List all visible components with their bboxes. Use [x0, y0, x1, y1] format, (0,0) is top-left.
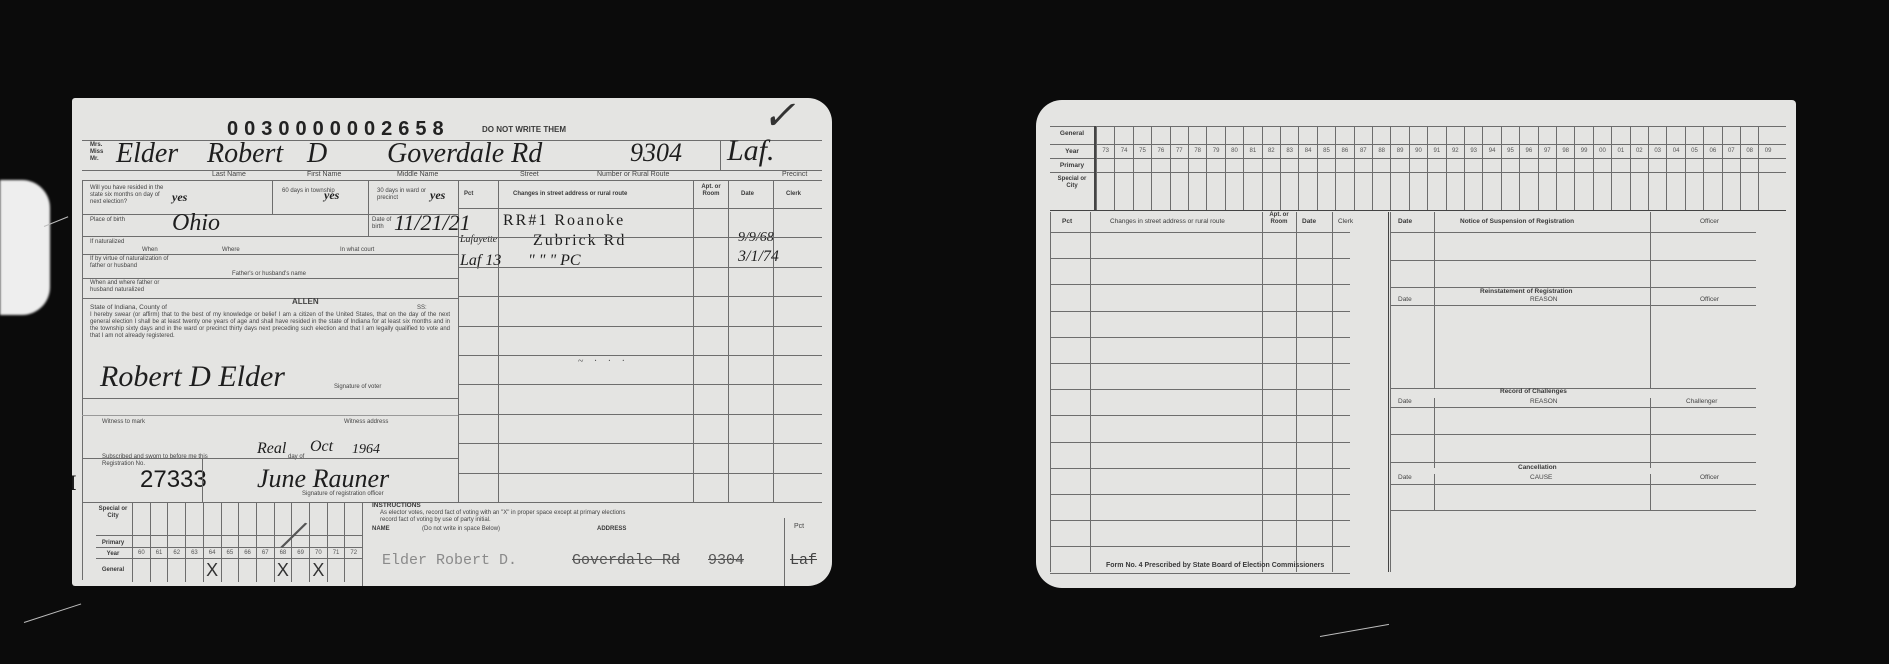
- first-name: Robert: [207, 138, 283, 170]
- year-cell: 80: [1226, 148, 1243, 154]
- table-row-divider: [458, 414, 822, 415]
- grid-column-divider: [221, 502, 222, 582]
- grid-column-divider: [1188, 126, 1189, 210]
- check-mark: ✓: [762, 98, 796, 139]
- table-row-divider: [1050, 363, 1350, 364]
- year-cell: 70: [310, 550, 327, 556]
- table-row-divider: [1050, 494, 1350, 495]
- col-header-changes: Changes in street address or rural route: [513, 190, 627, 198]
- grid-column-divider: [1170, 126, 1171, 210]
- grid-column-divider: [1519, 126, 1520, 210]
- challenges-date-label: Date: [1398, 398, 1412, 406]
- year-cell: 96: [1520, 148, 1537, 154]
- label-place-of-birth: Place of birth: [90, 217, 130, 224]
- middle-name: D: [307, 138, 327, 170]
- subscribed-month: Oct: [310, 438, 333, 456]
- label-officer-signature: Signature of registration officer: [302, 490, 384, 498]
- year-cell: 90: [1410, 148, 1427, 154]
- scan-artifact-blob: [0, 180, 50, 315]
- table-row-divider: [1050, 389, 1350, 390]
- form-footer: Form No. 4 Prescribed by State Board of …: [1106, 562, 1324, 570]
- year-cell: 85: [1318, 148, 1335, 154]
- reinstatement-date-label: Date: [1398, 296, 1412, 304]
- year-cell: 61: [151, 550, 168, 556]
- label-county: State of Indiana, County of: [90, 304, 167, 312]
- year-cell: 00: [1594, 148, 1611, 154]
- date-row-3: 3/1/74: [738, 248, 779, 266]
- general-vote-mark: X: [275, 560, 292, 581]
- col-header-date: Date: [741, 190, 754, 198]
- grid-column-divider: [1593, 126, 1594, 210]
- row-label-primary: Primary: [96, 539, 130, 547]
- col-header-clerk: Clerk: [1338, 218, 1353, 226]
- label-name: NAME: [372, 525, 390, 533]
- challenges-reason-label: REASON: [1530, 398, 1557, 406]
- grid-column-divider: [1243, 126, 1244, 210]
- year-cell: 98: [1557, 148, 1574, 154]
- a-ward: yes: [430, 188, 445, 203]
- grid-column-divider: [1427, 126, 1428, 210]
- faded-marks: ~ · · ·: [578, 356, 668, 366]
- grid-column-divider: [1317, 126, 1318, 210]
- table-row-divider: [1050, 468, 1350, 469]
- grid-column-divider: [132, 502, 133, 582]
- label-number: Number or Rural Route: [597, 171, 669, 179]
- registration-number: 27333: [140, 466, 207, 494]
- year-cell: 87: [1355, 148, 1372, 154]
- label-pct-bottom: Pct: [794, 523, 804, 531]
- col-header-pct: Pct: [1062, 218, 1072, 226]
- table-row-divider: [458, 237, 822, 238]
- label-registration-no: Registration No.: [102, 460, 145, 468]
- year-cell: 83: [1281, 148, 1298, 154]
- table-row-divider: [1050, 573, 1350, 574]
- col-header-clerk: Clerk: [786, 190, 801, 198]
- year-cell: 09: [1759, 148, 1776, 154]
- voter-registration-card-front: 0030000002658 DO NOT WRITE THEM Mrs. Mis…: [72, 98, 832, 586]
- year-cell: 01: [1612, 148, 1629, 154]
- year-cell: 76: [1152, 148, 1169, 154]
- suspension-date-label: Date: [1398, 218, 1412, 226]
- label-witness-address: Witness address: [344, 418, 388, 426]
- table-row-divider: [1050, 442, 1350, 443]
- grid-column-divider: [1446, 126, 1447, 210]
- year-cell: 60: [133, 550, 150, 556]
- cancellation-date-label: Date: [1398, 474, 1412, 482]
- row-label-general: General: [96, 566, 130, 574]
- challenges-title: Record of Challenges: [1500, 388, 1567, 396]
- grid-column-divider: [1409, 126, 1410, 210]
- year-cell: 84: [1299, 148, 1316, 154]
- label-street: Street: [520, 171, 539, 179]
- row-label-primary: Primary: [1052, 162, 1092, 170]
- year-cell: 71: [328, 550, 345, 556]
- typed-street: Goverdale Rd: [572, 552, 680, 569]
- table-row-divider: [458, 326, 822, 327]
- place-of-birth: Ohio: [172, 210, 220, 237]
- grid-column-divider: [1666, 126, 1667, 210]
- grid-column-divider: [327, 502, 328, 582]
- year-cell: 97: [1539, 148, 1556, 154]
- general-vote-mark: X: [204, 560, 221, 581]
- grid-column-divider: [1335, 126, 1336, 210]
- grid-column-divider: [167, 502, 168, 582]
- scan-scratch: [24, 603, 81, 622]
- title-prefix: Mrs. Miss Mr.: [90, 142, 103, 163]
- year-cell: 62: [168, 550, 185, 556]
- change-row-2: Zubrick Rd: [533, 232, 626, 250]
- year-cell: 05: [1686, 148, 1703, 154]
- year-cell: 72: [345, 550, 362, 556]
- year-cell: 89: [1391, 148, 1408, 154]
- ss-label: SS:: [417, 304, 427, 312]
- grid-column-divider: [1722, 126, 1723, 210]
- table-row-divider: [1050, 284, 1350, 285]
- subscribed-year: 1964: [352, 442, 380, 458]
- year-cell: 78: [1189, 148, 1206, 154]
- grid-column-divider: [1740, 126, 1741, 210]
- grid-column-divider: [1685, 126, 1686, 210]
- label-court: In what court: [340, 246, 374, 254]
- table-row-divider: [1050, 520, 1350, 521]
- cancellation-officer-label: Officer: [1700, 474, 1719, 482]
- year-cell: 08: [1741, 148, 1758, 154]
- cancellation-cause-label: CAUSE: [1530, 474, 1552, 482]
- year-cell: 66: [239, 550, 256, 556]
- grid-column-divider: [150, 502, 151, 582]
- cancellation-title: Cancellation: [1518, 464, 1557, 472]
- table-row-divider: [458, 267, 822, 268]
- house-number: 9304: [630, 138, 682, 168]
- year-cell: 04: [1667, 148, 1684, 154]
- grid-column-divider: [1262, 126, 1263, 210]
- reinstatement-officer-label: Officer: [1700, 296, 1719, 304]
- year-cell: 64: [204, 550, 221, 556]
- label-witness-mark: Witness to mark: [102, 418, 145, 426]
- suspension-officer-label: Officer: [1700, 218, 1719, 226]
- grid-column-divider: [1298, 126, 1299, 210]
- label-precinct: Precinct: [782, 171, 807, 179]
- year-cell: 74: [1115, 148, 1132, 154]
- q-ward: 30 days in ward or precinct: [377, 188, 432, 202]
- table-row-divider: [1050, 337, 1350, 338]
- grid-column-divider: [1758, 126, 1759, 210]
- instructions-text-2: record fact of voting by use of party in…: [380, 516, 491, 524]
- grid-column-divider: [1280, 126, 1281, 210]
- subscribed-day: Real: [257, 440, 286, 458]
- table-row-divider: [458, 502, 822, 503]
- year-cell: 63: [186, 550, 203, 556]
- grid-column-divider: [344, 502, 345, 582]
- row-label-special: Special or City: [96, 506, 130, 520]
- grid-column-divider: [1206, 126, 1207, 210]
- grid-column-divider: [1372, 126, 1373, 210]
- year-cell: 91: [1428, 148, 1445, 154]
- year-cell: 79: [1207, 148, 1224, 154]
- grid-column-divider: [1114, 126, 1115, 210]
- table-row-divider: [458, 384, 822, 385]
- year-cell: 86: [1336, 148, 1353, 154]
- registration-status-panel: Date Notice of Suspension of Registratio…: [1390, 212, 1786, 582]
- year-cell: 92: [1447, 148, 1464, 154]
- typed-precinct: Laf: [790, 552, 817, 569]
- address-changes-table-continued: Pct Changes in street address or rural r…: [1050, 212, 1350, 580]
- table-row-divider: [1050, 311, 1350, 312]
- grid-column-divider: [1648, 126, 1649, 210]
- pct-row-2: Lafayette: [460, 234, 497, 245]
- last-name: Elder: [116, 138, 178, 170]
- grid-column-divider: [1133, 126, 1134, 210]
- label-middle-name: Middle Name: [397, 171, 438, 179]
- year-cell: 88: [1373, 148, 1390, 154]
- q-state-residence: Will you have resided in the state six m…: [90, 185, 165, 206]
- grid-column-divider: [1538, 126, 1539, 210]
- col-header-apt: Apt. or Room: [695, 184, 727, 198]
- grid-column-divider: [1096, 126, 1097, 210]
- reinstatement-reason-label: REASON: [1530, 296, 1557, 304]
- label-fathers-name: Father's or husband's name: [232, 270, 306, 278]
- suspension-title: Notice of Suspension of Registration: [1460, 218, 1574, 226]
- col-header-pct: Pct: [464, 190, 473, 198]
- label-naturalized: If naturalized: [90, 238, 124, 246]
- label-last-name: Last Name: [212, 171, 246, 179]
- header-notice: DO NOT WRITE THEM: [482, 126, 566, 134]
- grid-column-divider: [1630, 126, 1631, 210]
- label-first-name: First Name: [307, 171, 341, 179]
- challenges-challenger-label: Challenger: [1686, 398, 1717, 406]
- general-vote-mark: X: [310, 560, 327, 581]
- grid-column-divider: [185, 502, 186, 582]
- street: Goverdale Rd: [387, 138, 542, 170]
- row-label-year: Year: [1052, 148, 1092, 156]
- grid-column-divider: [1390, 126, 1391, 210]
- year-cell: 94: [1483, 148, 1500, 154]
- label-day-of: day of: [288, 453, 304, 461]
- change-row-1: RR#1 Roanoke: [503, 212, 625, 230]
- year-cell: 02: [1631, 148, 1648, 154]
- col-header-apt: Apt. or Room: [1262, 212, 1296, 226]
- label-voter-signature: Signature of voter: [334, 383, 381, 391]
- grid-column-divider: [256, 502, 257, 582]
- typed-name: Elder Robert D.: [382, 552, 517, 569]
- table-row-divider: [1050, 546, 1350, 547]
- year-cell: 99: [1575, 148, 1592, 154]
- oath-text: I hereby swear (or affirm) that to the b…: [90, 312, 450, 340]
- year-cell: 95: [1502, 148, 1519, 154]
- scan-scratch: [1320, 624, 1389, 637]
- voter-signature: Robert D Elder: [100, 360, 285, 394]
- grid-column-divider: [1501, 126, 1502, 210]
- typed-number: 9304: [708, 552, 744, 569]
- table-row-divider: [1050, 415, 1350, 416]
- grid-column-divider: [1225, 126, 1226, 210]
- label-when-where: When and where father or husband natural…: [90, 280, 180, 294]
- table-row-divider: [458, 473, 822, 474]
- label-when: When: [142, 246, 158, 254]
- table-row-divider: [458, 296, 822, 297]
- grid-column-divider: [1482, 126, 1483, 210]
- grid-column-divider: [1556, 126, 1557, 210]
- table-row-divider: [1050, 258, 1350, 259]
- grid-column-divider: [1354, 126, 1355, 210]
- year-cell: 93: [1465, 148, 1482, 154]
- county: ALLEN: [292, 298, 319, 306]
- label-where: Where: [222, 246, 240, 254]
- col-header-date: Date: [1302, 218, 1316, 226]
- vote-record-grid: Special or City Primary Year General 606…: [82, 502, 362, 582]
- grid-column-divider: [1464, 126, 1465, 210]
- label-by-virtue: If by virtue of naturalization of father…: [90, 256, 170, 270]
- year-cell: 06: [1704, 148, 1721, 154]
- row-label-year: Year: [96, 550, 130, 558]
- address-changes-table: Pct Changes in street address or rural r…: [458, 180, 822, 502]
- year-cell: 73: [1097, 148, 1114, 154]
- year-cell: 75: [1134, 148, 1151, 154]
- table-row-divider: [458, 443, 822, 444]
- reinstatement-title: Reinstatement of Registration: [1480, 288, 1572, 296]
- roman-marker: I: [72, 470, 77, 496]
- year-cell: 81: [1244, 148, 1261, 154]
- label-address: ADDRESS: [597, 525, 626, 533]
- row-label-special: Special or City: [1052, 176, 1092, 190]
- year-cell: 03: [1649, 148, 1666, 154]
- a-state-residence: yes: [172, 190, 187, 205]
- table-row-divider: [458, 355, 822, 356]
- grid-column-divider: [1611, 126, 1612, 210]
- vote-record-grid-continued: General Year Primary Special or City 737…: [1050, 126, 1786, 212]
- grid-column-divider: [1574, 126, 1575, 210]
- grid-column-divider: [1703, 126, 1704, 210]
- year-cell: 67: [257, 550, 274, 556]
- grid-column-divider: [238, 502, 239, 582]
- voter-registration-card-back: General Year Primary Special or City 737…: [1036, 100, 1796, 588]
- a-township: yes: [324, 188, 339, 203]
- grid-column-divider: [1151, 126, 1152, 210]
- year-cell: 82: [1263, 148, 1280, 154]
- row-label-general: General: [1052, 130, 1092, 138]
- year-cell: 07: [1723, 148, 1740, 154]
- col-header-changes: Changes in street address or rural route: [1110, 218, 1225, 226]
- label-no-write: (Do not write in space Below): [422, 525, 500, 533]
- year-cell: 65: [222, 550, 239, 556]
- precinct: Laf.: [727, 134, 775, 168]
- year-cell: 77: [1171, 148, 1188, 154]
